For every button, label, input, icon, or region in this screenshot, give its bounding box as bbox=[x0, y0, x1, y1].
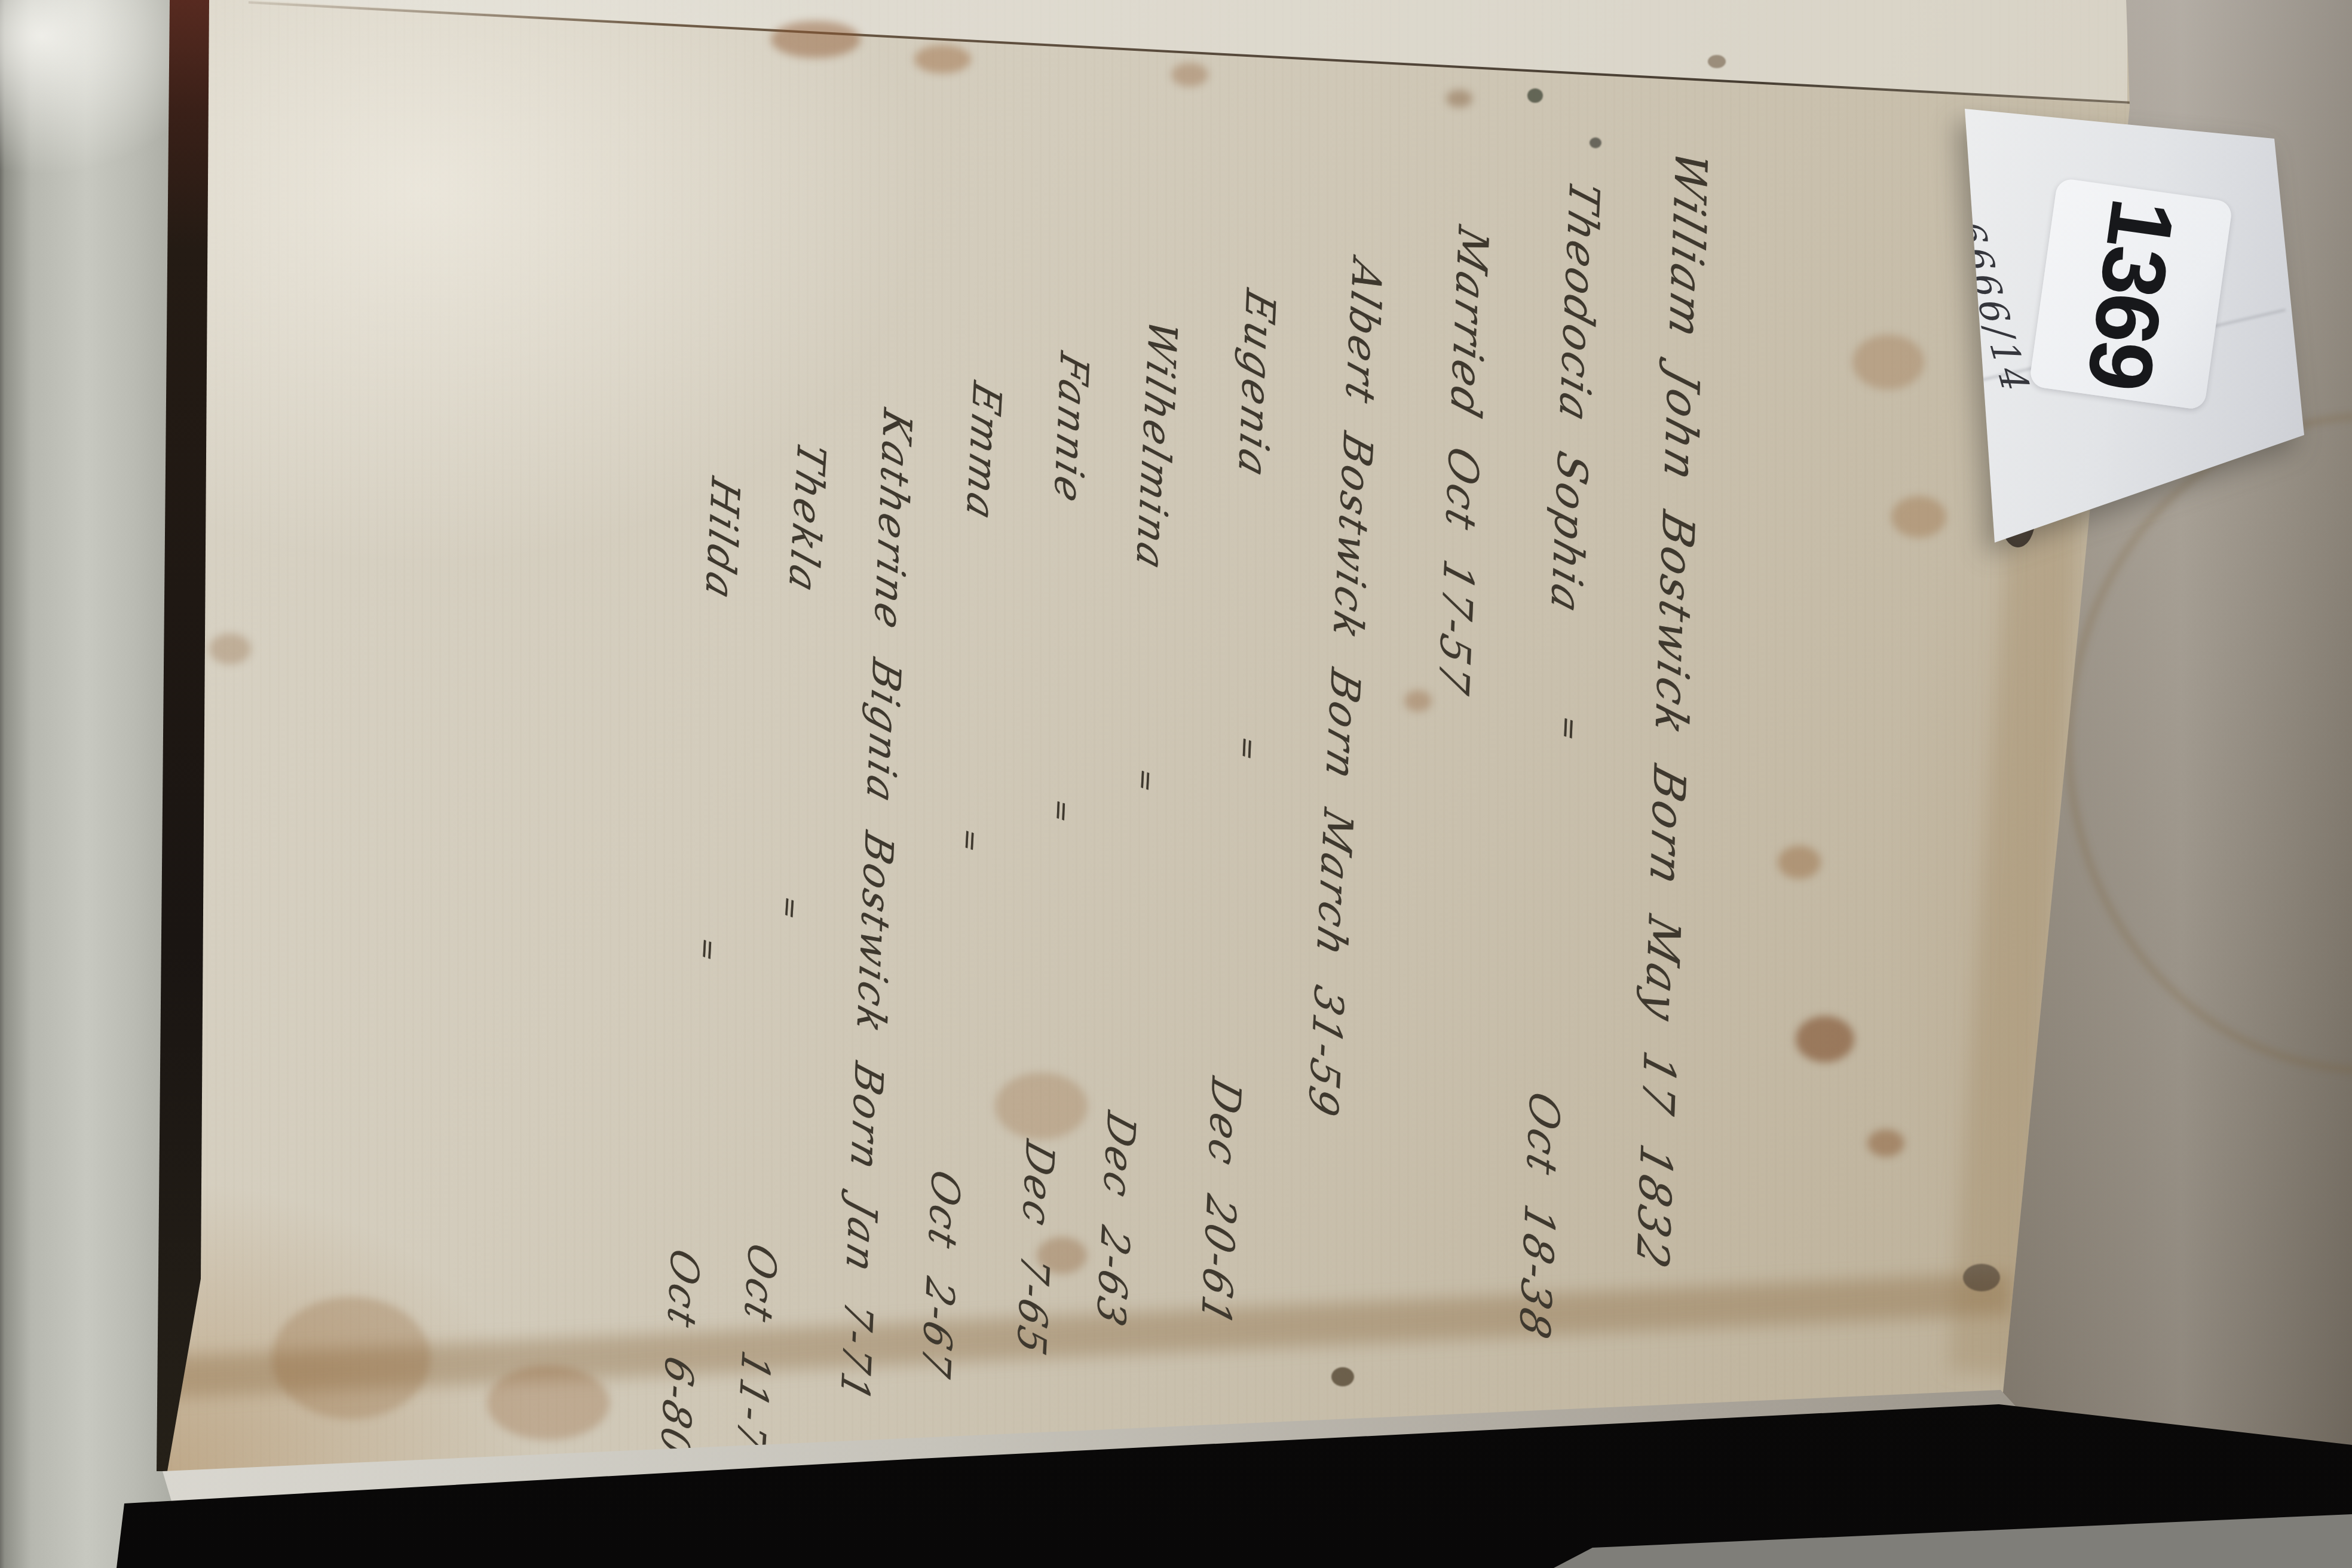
manuscript-line: Katherine Bignia Bostwick Born Jan 7-71 bbox=[874, 418, 920, 1487]
line-equals-mark: = bbox=[774, 892, 806, 925]
manuscript-line: Wilhelmina = Dec 2-63 bbox=[1134, 329, 1186, 1319]
line-date: Dec 7-65 bbox=[1008, 1135, 1063, 1362]
line-text: Hilda bbox=[697, 472, 748, 607]
manuscript-line: Emma = Oct 2-67 bbox=[958, 391, 1010, 1376]
manuscript-line: Fannie = Dec 7-65 bbox=[1054, 362, 1097, 1346]
photo-scene: William John Bostwick Born May 17 1832 T… bbox=[0, 0, 2352, 1568]
line-equals-mark: = bbox=[1046, 795, 1078, 828]
line-date: Oct 6-80 bbox=[652, 1244, 708, 1464]
line-text: Married Oct 17-57 bbox=[1429, 220, 1497, 702]
line-text: Albert Bostwick Born March 31-59 bbox=[1298, 254, 1390, 1124]
manuscript-line: William John Bostwick Born May 17 1832 bbox=[1672, 160, 1716, 1432]
line-date: Oct 2-67 bbox=[912, 1165, 969, 1385]
line-text: Eugenia bbox=[1229, 284, 1284, 485]
manuscript-line: Eugenia = Dec 20-61 bbox=[1241, 299, 1284, 1284]
line-text: Theodocia Sophia bbox=[1542, 174, 1609, 621]
lot-tag: 1369 6666/14 bbox=[1953, 100, 2335, 566]
manuscript-line: Married Oct 17-57 bbox=[1463, 236, 1497, 1036]
line-date: Dec 20-61 bbox=[1192, 1072, 1249, 1333]
manuscript-line: Albert Bostwick Born March 31-59 bbox=[1329, 269, 1390, 1432]
line-equals-mark: = bbox=[954, 825, 987, 858]
line-text: Katherine Bignia Bostwick Born Jan 7-71 bbox=[832, 404, 920, 1408]
line-text: Fannie bbox=[1045, 347, 1097, 511]
lot-tag-paper: 1369 6666/14 bbox=[1953, 100, 2335, 566]
lot-number: 1369 bbox=[2066, 193, 2195, 396]
line-date: Oct 18-38 bbox=[1510, 1086, 1569, 1346]
line-text: Thekla bbox=[780, 436, 834, 601]
tabletop-left-strip bbox=[0, 0, 180, 1568]
line-text: Emma bbox=[957, 376, 1010, 528]
manuscript-line: Theodocia Sophia = Oct 18-38 bbox=[1554, 190, 1609, 1456]
line-equals-mark: = bbox=[1130, 764, 1162, 798]
line-equals-mark: = bbox=[1552, 711, 1585, 746]
lot-number-sticker: 1369 bbox=[2029, 177, 2233, 411]
line-date: Dec 2-63 bbox=[1088, 1107, 1144, 1334]
lot-inventory-code: 6666/14 bbox=[1946, 219, 2039, 397]
manuscript-line: Thekla = Oct 11-78 bbox=[773, 451, 834, 1453]
line-text: William John Bostwick Born May 17 1832 bbox=[1627, 145, 1716, 1276]
line-equals-mark: = bbox=[692, 933, 724, 967]
line-equals-mark: = bbox=[1232, 732, 1264, 766]
line-text: Wilhelmina bbox=[1127, 314, 1186, 577]
